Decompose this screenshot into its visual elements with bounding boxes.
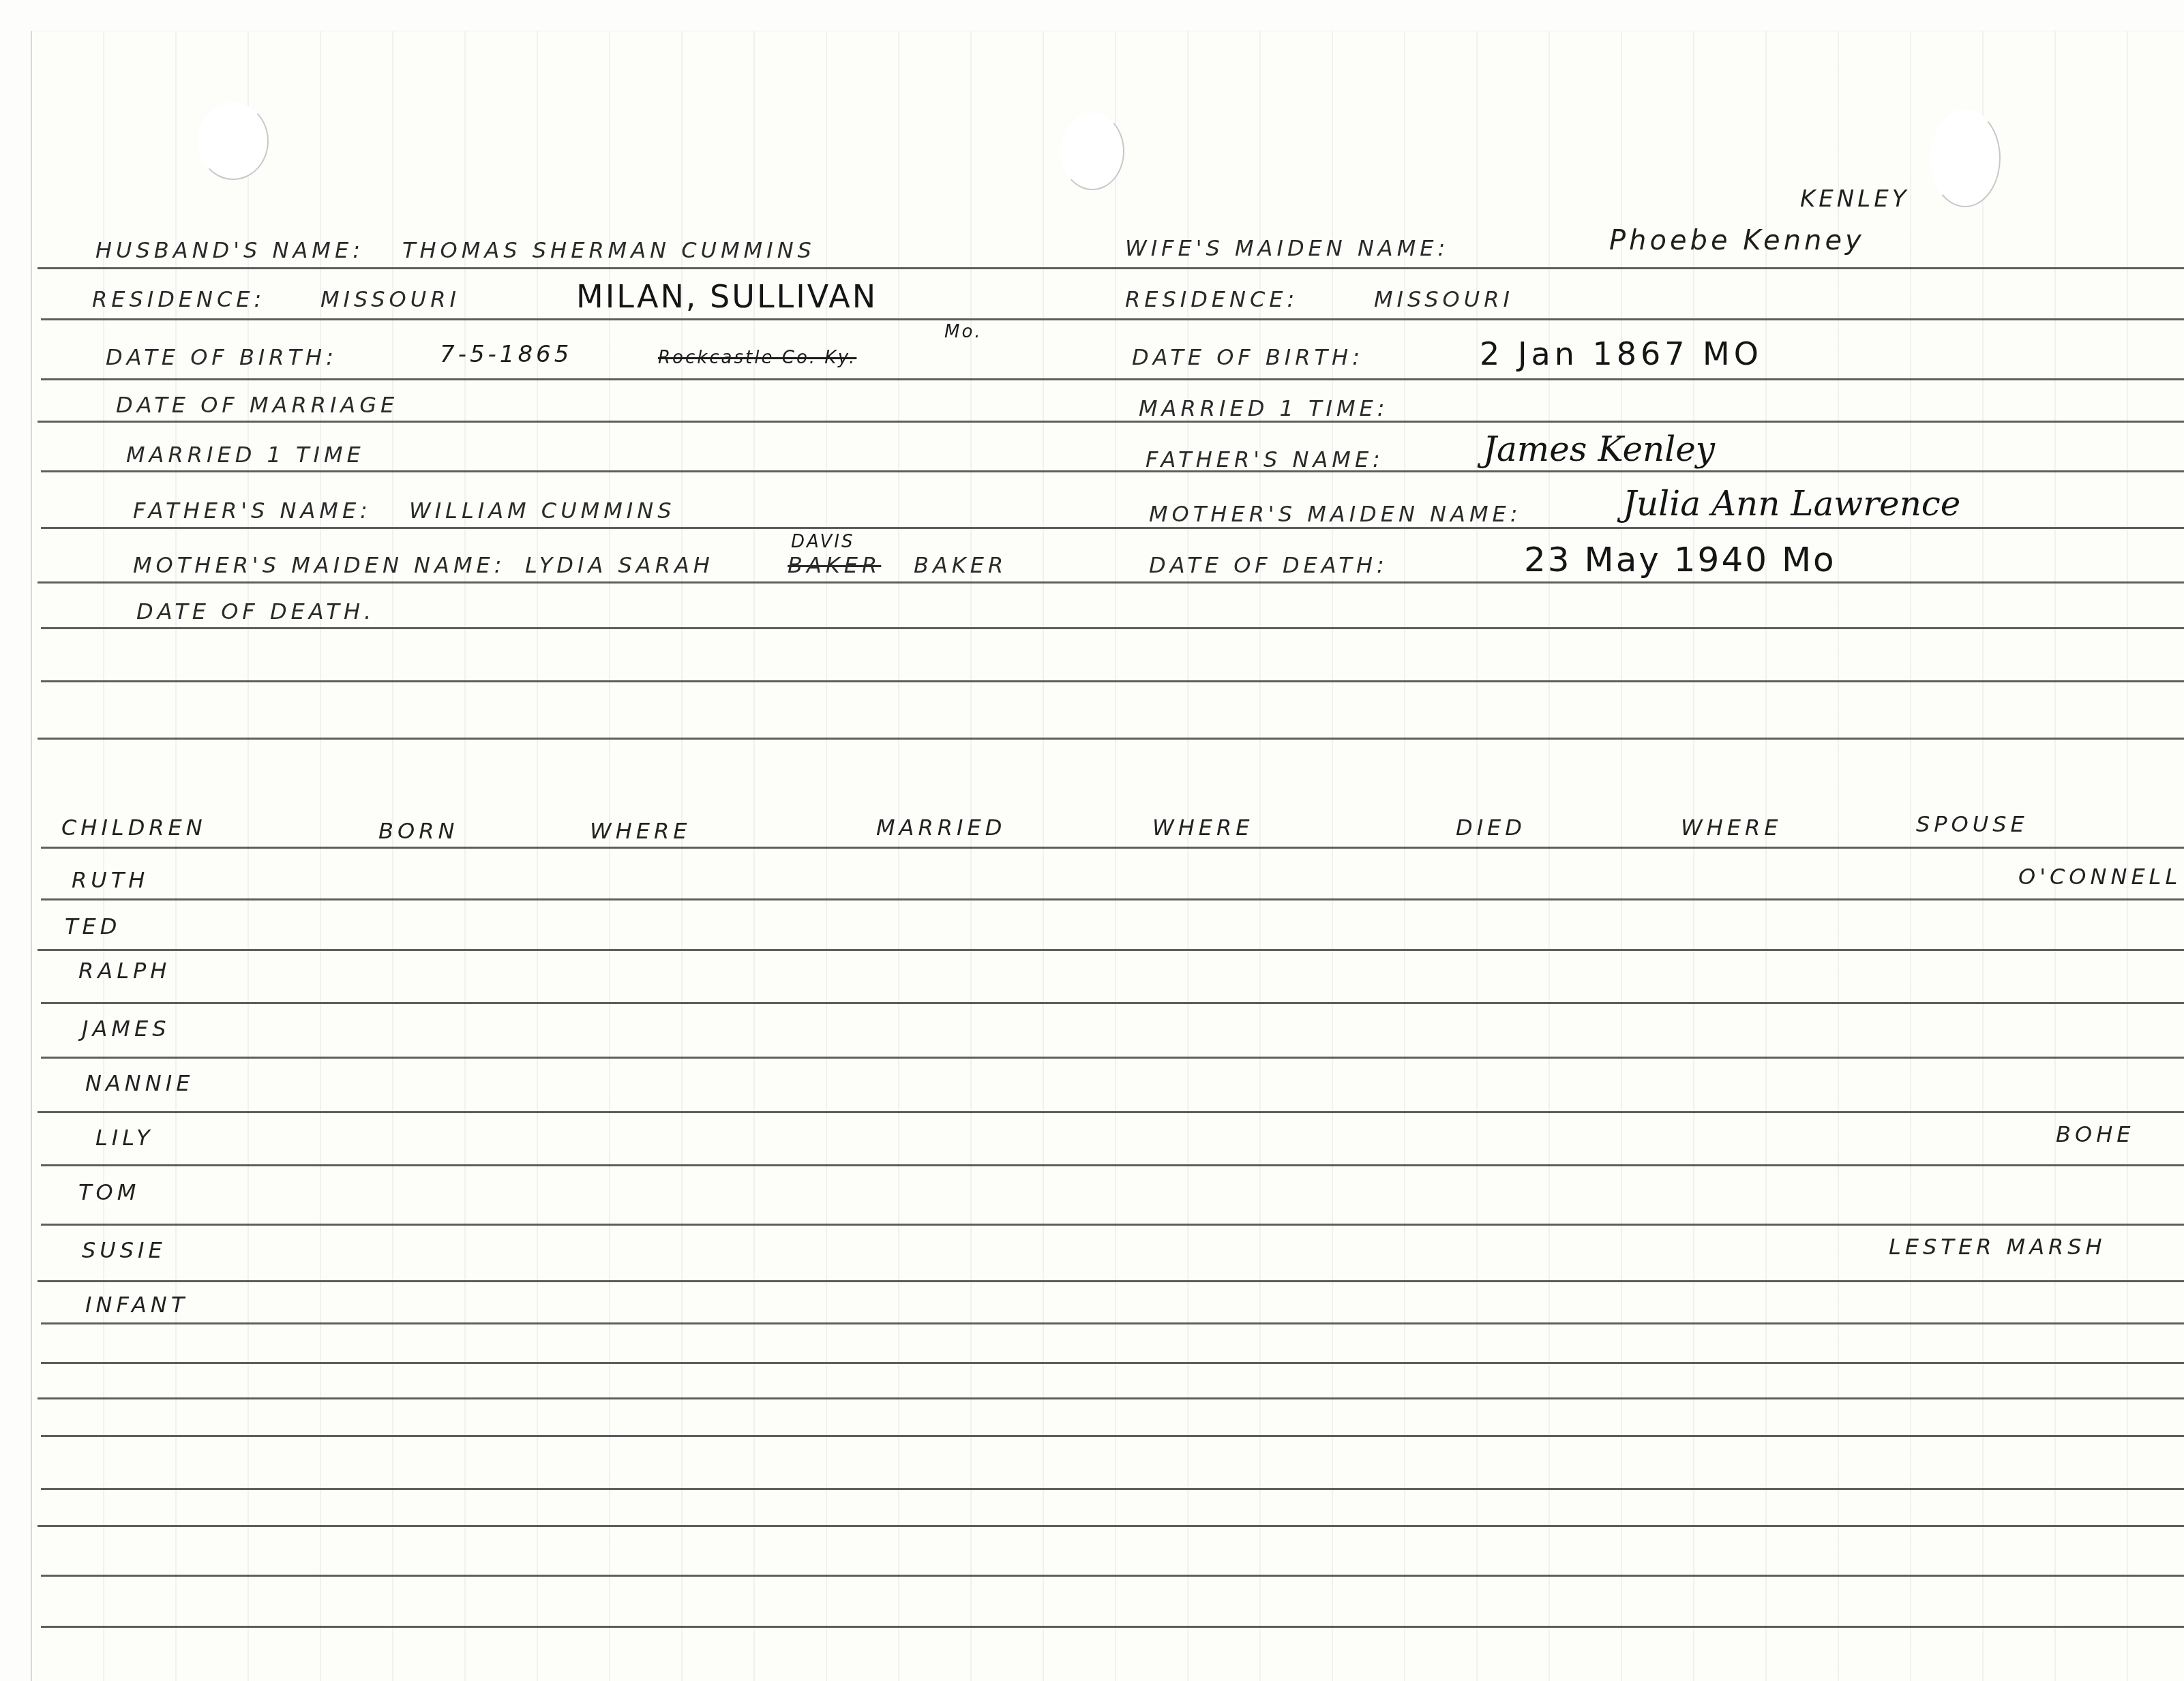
ruled-line	[38, 738, 2184, 740]
header-married-where: Where	[1152, 815, 1253, 840]
ruled-line	[38, 267, 2184, 269]
husband-marriage-label: Date of Marriage	[116, 392, 398, 418]
ruled-line	[38, 1111, 2184, 1113]
ruled-line	[38, 581, 2184, 584]
ruled-line	[41, 1362, 2184, 1364]
child-spouse: Lester Marsh	[1889, 1234, 2106, 1260]
child-name: Ruth	[72, 867, 149, 893]
husband-residence-value: Missouri	[320, 286, 460, 312]
ruled-line	[38, 949, 2184, 951]
ruled-line	[41, 1626, 2184, 1628]
wife-name-correction: KENLEY	[1800, 185, 1909, 213]
husband-birth-place-struck: Rockcastle Co. Ky.	[658, 348, 856, 368]
husband-name-label: Husband's Name:	[95, 237, 364, 263]
husband-mother-value: Lydia Sarah	[525, 552, 714, 578]
header-children: Children	[61, 815, 207, 840]
wife-mother-label: Mother's Maiden Name:	[1149, 501, 1521, 527]
punch-hole-right	[1930, 109, 2001, 207]
ruled-line	[41, 847, 2184, 849]
child-name: Nannie	[85, 1070, 194, 1096]
husband-residence-label: Residence:	[92, 286, 265, 312]
ruled-line	[41, 470, 2184, 472]
ruled-line	[41, 1488, 2184, 1490]
child-name: Lily	[95, 1125, 154, 1151]
wife-residence-label: Residence:	[1125, 286, 1298, 312]
ruled-line	[38, 421, 2184, 423]
ruled-line	[41, 1322, 2184, 1324]
husband-father-value: William Cummins	[409, 498, 676, 524]
ruled-line	[41, 1164, 2184, 1166]
ruled-line	[41, 318, 2184, 320]
ruled-line	[41, 527, 2184, 529]
husband-mother-after: Baker	[914, 552, 1007, 578]
wife-residence-value: Missouri	[1374, 286, 1514, 312]
ruled-line	[41, 1057, 2184, 1059]
header-married: Married	[876, 815, 1006, 840]
wife-name-label: Wife's Maiden Name:	[1125, 235, 1449, 261]
child-name: Ted	[65, 913, 121, 939]
ruled-line	[41, 898, 2184, 900]
wife-death-value: 23 May 1940 Mo	[1524, 540, 1836, 579]
ruled-line	[41, 1575, 2184, 1577]
husband-residence-added: MILAN, SULLIVAN	[576, 278, 878, 315]
husband-name-value: Thomas Sherman Cummins	[402, 237, 816, 263]
ruled-line	[38, 1280, 2184, 1282]
header-died-where: Where	[1681, 815, 1782, 840]
wife-death-label: Date of Death:	[1149, 552, 1388, 578]
child-name: Ralph	[78, 958, 170, 984]
husband-birth-value: 7-5-1865	[440, 341, 572, 368]
ruled-line	[41, 1224, 2184, 1226]
wife-father-value: James Kenley	[1483, 429, 1715, 469]
header-spouse: Spouse	[1916, 811, 2029, 837]
husband-mother-label: Mother's Maiden Name:	[133, 552, 505, 578]
header-born-where: Where	[590, 818, 691, 844]
header-died: Died	[1456, 815, 1526, 840]
ruled-line	[38, 1525, 2184, 1527]
husband-mother-struck: Baker	[788, 552, 881, 578]
husband-birth-place-correction: Mo.	[944, 322, 983, 342]
child-name: James	[82, 1016, 170, 1042]
husband-mother-above: DAVIS	[791, 532, 854, 552]
child-name: Infant	[85, 1292, 188, 1318]
header-born: Born	[378, 818, 458, 844]
punch-hole-middle	[1060, 112, 1124, 190]
ruled-line	[41, 627, 2184, 629]
wife-married-times-label: Married 1 Time:	[1139, 395, 1389, 421]
child-name: Susie	[82, 1237, 166, 1263]
wife-birth-label: Date of Birth:	[1132, 344, 1364, 370]
wife-name-value: Phoebe Kenney	[1609, 225, 1865, 256]
husband-married-times-label: Married 1 Time	[126, 442, 365, 468]
ruled-line	[41, 378, 2184, 380]
punch-hole-left	[198, 102, 269, 180]
child-spouse: Bohe	[2056, 1121, 2134, 1147]
husband-birth-label: Date of Birth:	[106, 344, 338, 370]
child-name: Tom	[78, 1179, 140, 1205]
ruled-line	[41, 1002, 2184, 1004]
wife-birth-value: 2 Jan 1867 MO	[1480, 335, 1763, 372]
child-spouse: O'Connell	[2018, 864, 2181, 890]
ruled-line	[41, 680, 2184, 682]
ruled-paper-page	[31, 31, 2184, 1681]
ruled-line	[41, 1435, 2184, 1437]
wife-mother-value: Julia Ann Lawrence	[1623, 484, 1960, 524]
wife-father-label: Father's Name:	[1146, 446, 1384, 472]
husband-father-label: Father's Name:	[133, 498, 372, 524]
husband-death-label: Date of Death.	[136, 599, 375, 624]
ruled-line	[38, 1397, 2184, 1399]
